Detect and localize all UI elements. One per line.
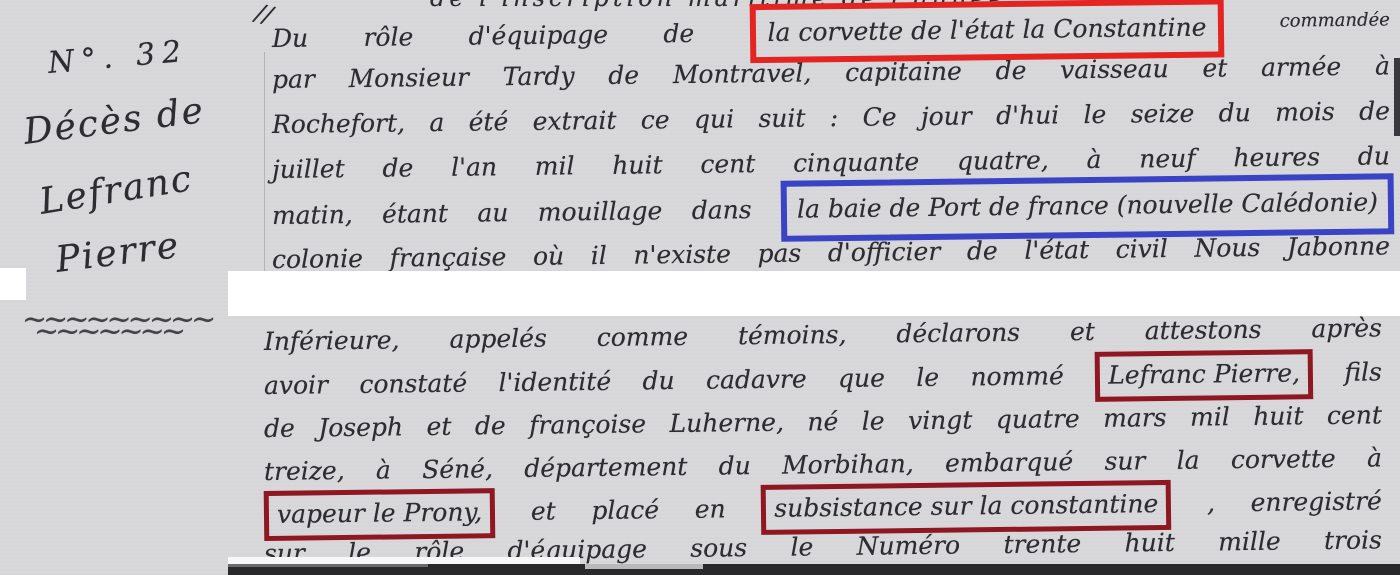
text-segment: , enregistré xyxy=(1207,486,1382,517)
text-segment: et placé en xyxy=(531,494,726,525)
scan-bottom-white-sliver xyxy=(228,557,580,564)
white-gap-band xyxy=(228,271,1400,316)
scan-bottom-edge-gap xyxy=(585,564,703,569)
scan-right-edge-mark xyxy=(1394,58,1400,136)
margin-divider-line xyxy=(264,52,265,292)
text-segment: fils xyxy=(1344,357,1382,386)
highlighted-text: subsistance sur la constantine xyxy=(774,489,1158,523)
highlighted-text: vapeur le Prony, xyxy=(277,497,483,529)
highlighted-text: Lefranc Pierre, xyxy=(1108,358,1300,389)
text-segment: avoir constaté l'identité du cadavre que… xyxy=(264,361,1064,400)
white-corner-patch xyxy=(0,268,26,300)
text-segment: Du rôle d'équipage de xyxy=(272,19,695,53)
scan-bottom-edge xyxy=(228,564,1400,575)
text-segment: matin, étant au mouillage dans xyxy=(272,195,752,230)
margin-act-number: N°. 32 xyxy=(46,34,189,81)
scan-bottom-edge-shade xyxy=(228,564,428,567)
highlight-box-darkred-name: Lefranc Pierre, xyxy=(1095,349,1313,402)
highlighted-text: la baie de Port de france (nouvelle Calé… xyxy=(797,187,1378,223)
margin-surname: Lefranc xyxy=(37,158,196,223)
highlighted-text: la corvette de l'état la Constantine xyxy=(767,13,1206,47)
document-scan-page: N°. 32 Décès de Lefranc Pierre ~~~~~~~~~… xyxy=(0,0,1400,575)
text-segment: commandée xyxy=(1280,9,1390,31)
margin-squiggle-mark: ~~~~~~~ xyxy=(34,314,182,349)
margin-deces-label: Décès de xyxy=(22,90,208,153)
margin-given-name: Pierre xyxy=(54,225,183,281)
